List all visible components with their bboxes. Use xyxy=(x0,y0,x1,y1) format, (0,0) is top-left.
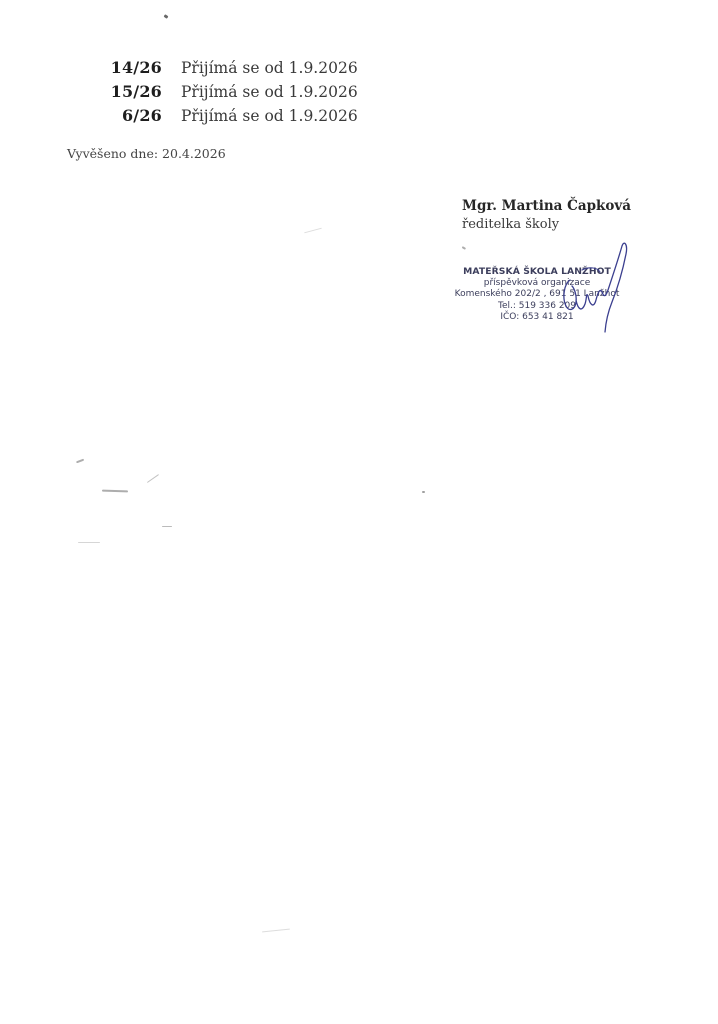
scan-speck xyxy=(162,526,172,527)
application-entry: 15/26 Přijímá se od 1.9.2026 xyxy=(100,82,358,106)
scan-speck xyxy=(422,491,425,493)
scan-speck xyxy=(262,929,290,933)
signer-name: Mgr. Martina Čapková xyxy=(462,198,631,214)
posted-date: Vyvěšeno dne: 20.4.2026 xyxy=(67,146,226,161)
application-entry: 6/26 Přijímá se od 1.9.2026 xyxy=(100,106,358,130)
application-status: Přijímá se od 1.9.2026 xyxy=(181,107,358,125)
signer-role: ředitelka školy xyxy=(462,217,631,232)
application-status: Přijímá se od 1.9.2026 xyxy=(181,83,358,101)
application-number: 15/26 xyxy=(100,82,162,101)
signer-block: Mgr. Martina Čapková ředitelka školy xyxy=(462,198,631,232)
application-status: Přijímá se od 1.9.2026 xyxy=(181,59,358,77)
scan-speck xyxy=(78,542,100,543)
scan-speck xyxy=(76,459,84,463)
application-number: 6/26 xyxy=(100,106,162,125)
stamp-address: Komenského 202/2 , 691 51 Lanžhot xyxy=(452,289,622,301)
stamp-phone: Tel.: 519 336 209 xyxy=(452,301,622,313)
scan-speck xyxy=(102,490,128,492)
scan-speck xyxy=(147,474,159,483)
application-entry: 14/26 Přijímá se od 1.9.2026 xyxy=(100,58,358,82)
stamp-ico: IČO: 653 41 821 xyxy=(452,312,622,324)
scan-speck xyxy=(164,14,169,19)
application-number: 14/26 xyxy=(100,58,162,77)
document-page: 14/26 Přijímá se od 1.9.2026 15/26 Přijí… xyxy=(0,0,718,1024)
scan-speck xyxy=(462,246,466,249)
stamp-subtitle: příspěvková organizace xyxy=(452,278,622,290)
scan-speck xyxy=(304,228,322,234)
stamp-title: MATEŘSKÁ ŠKOLA LANŽHOT xyxy=(452,266,622,278)
school-stamp: MATEŘSKÁ ŠKOLA LANŽHOT příspěvková organ… xyxy=(452,266,622,324)
application-list: 14/26 Přijímá se od 1.9.2026 15/26 Přijí… xyxy=(100,58,358,130)
